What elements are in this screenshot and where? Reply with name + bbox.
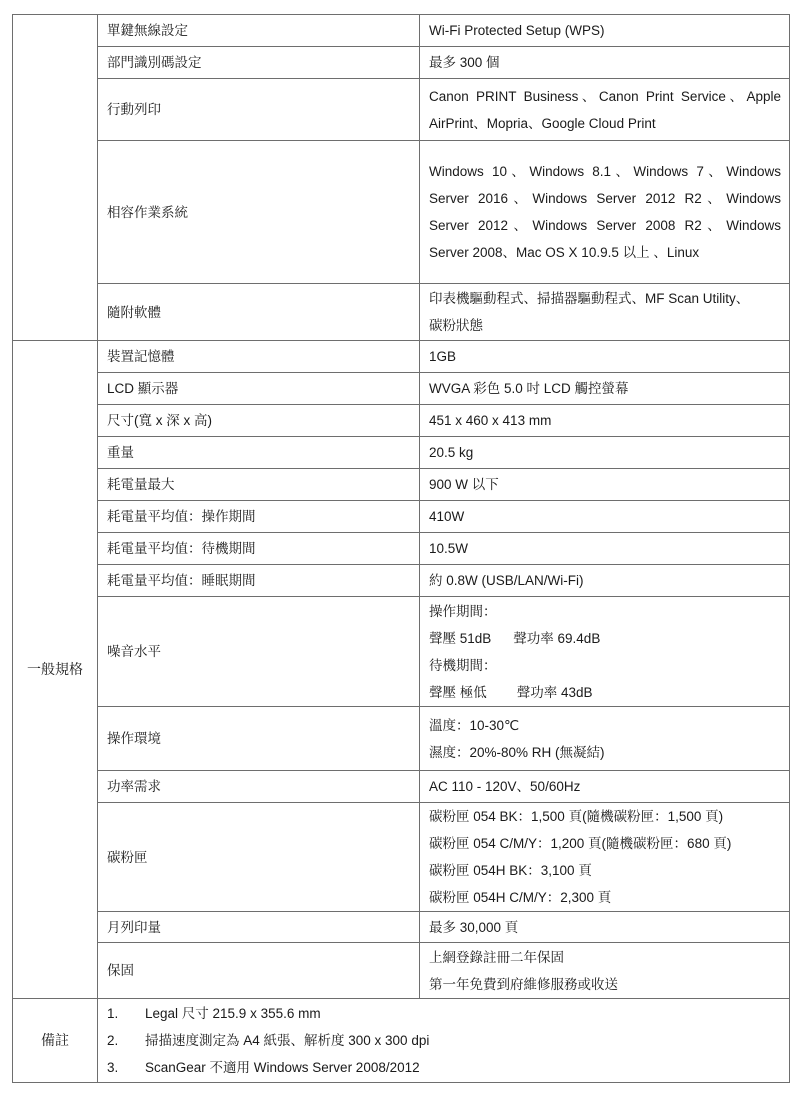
sound-power-standby: 聲功率 43dB [517,685,593,700]
spec-label: 功率需求 [98,771,420,803]
spec-value: Windows 10、Windows 8.1、Windows 7、Windows… [420,141,790,284]
spec-value: 操作期間： 聲壓 51dB聲功率 69.4dB 待機期間： 聲壓 極低聲功率 4… [420,597,790,707]
value-line: Server 2012、Windows Server 2008 R2、Windo… [429,212,781,239]
spec-value: Canon PRINT Business、Canon Print Service… [420,79,790,141]
note-number: 1. [107,1000,145,1027]
value-line: 10.5W [429,535,781,562]
spec-value: Wi-Fi Protected Setup (WPS) [420,15,790,47]
value-line: 碳粉匣 054H BK：3,100 頁 [429,857,781,884]
spec-value: 最多 30,000 頁 [420,912,790,943]
group-cell-empty [13,15,98,341]
value-line: 900 W 以下 [429,471,781,498]
spec-row-software: 隨附軟體 印表機驅動程式、掃描器驅動程式、MF Scan Utility、 碳粉… [13,284,790,341]
spec-row-warranty: 保固 上網登錄註冊二年保固 第一年免費到府維修服務或收送 [13,943,790,999]
value-line: 聲壓 51dB聲功率 69.4dB [429,625,781,652]
spec-label: 耗電量最大 [98,469,420,501]
spec-row-toner: 碳粉匣 碳粉匣 054 BK：1,500 頁(隨機碳粉匣：1,500 頁) 碳粉… [13,803,790,912]
spec-label: 部門識別碼設定 [98,47,420,79]
value-line: 上網登錄註冊二年保固 [429,944,781,971]
value-line: 約 0.8W (USB/LAN/Wi-Fi) [429,567,781,594]
spec-row-wps: 單鍵無線設定 Wi-Fi Protected Setup (WPS) [13,15,790,47]
spec-value: 上網登錄註冊二年保固 第一年免費到府維修服務或收送 [420,943,790,999]
spec-label: 耗電量平均值：操作期間 [98,501,420,533]
spec-row-dept-id: 部門識別碼設定 最多 300 個 [13,47,790,79]
spec-value: WVGA 彩色 5.0 吋 LCD 觸控螢幕 [420,373,790,405]
value-line: 最多 30,000 頁 [429,914,781,941]
spec-row-environment: 操作環境 溫度：10-30℃ 濕度：20%-80% RH (無凝結) [13,707,790,771]
spec-row-power-sleep: 耗電量平均值：睡眠期間 約 0.8W (USB/LAN/Wi-Fi) [13,565,790,597]
group-label-notes: 備註 [13,999,98,1083]
spec-row-power-operating: 耗電量平均值：操作期間 410W [13,501,790,533]
spec-label: 隨附軟體 [98,284,420,341]
value-line: 20.5 kg [429,439,781,466]
spec-table: 單鍵無線設定 Wi-Fi Protected Setup (WPS) 部門識別碼… [12,14,790,1083]
spec-row-os: 相容作業系統 Windows 10、Windows 8.1、Windows 7、… [13,141,790,284]
note-text: ScanGear 不適用 Windows Server 2008/2012 [145,1054,420,1081]
value-line: 最多 300 個 [429,49,781,76]
notes-list: 1.Legal 尺寸 215.9 x 355.6 mm 2.掃描速度測定為 A4… [107,1000,780,1081]
spec-row-power-standby: 耗電量平均值：待機期間 10.5W [13,533,790,565]
value-line: AC 110 - 120V、50/60Hz [429,773,781,800]
spec-label: 操作環境 [98,707,420,771]
spec-row-dimensions: 尺寸(寬 x 深 x 高) 451 x 460 x 413 mm [13,405,790,437]
spec-label: 重量 [98,437,420,469]
value-line: 濕度：20%-80% RH (無凝結) [429,739,781,766]
spec-row-memory: 一般規格 裝置記憶體 1GB [13,341,790,373]
value-line: 451 x 460 x 413 mm [429,407,781,434]
value-line: AirPrint、Mopria、Google Cloud Print [429,110,781,137]
sound-power-operating: 聲功率 69.4dB [513,631,600,646]
spec-row-weight: 重量 20.5 kg [13,437,790,469]
spec-row-power-req: 功率需求 AC 110 - 120V、50/60Hz [13,771,790,803]
spec-value: 900 W 以下 [420,469,790,501]
value-line: Server 2008、Mac OS X 10.9.5 以上 、Linux [429,239,781,266]
value-line: WVGA 彩色 5.0 吋 LCD 觸控螢幕 [429,375,781,402]
spec-label: 碳粉匣 [98,803,420,912]
value-line: 碳粉狀態 [429,312,781,339]
spec-row-notes: 備註 1.Legal 尺寸 215.9 x 355.6 mm 2.掃描速度測定為… [13,999,790,1083]
spec-label: 月列印量 [98,912,420,943]
value-line: 碳粉匣 054 C/M/Y：1,200 頁(隨機碳粉匣：680 頁) [429,830,781,857]
spec-label: 保固 [98,943,420,999]
notes-cell: 1.Legal 尺寸 215.9 x 355.6 mm 2.掃描速度測定為 A4… [98,999,790,1083]
value-line: Windows 10、Windows 8.1、Windows 7、Windows [429,158,781,185]
value-line: Server 2016、Windows Server 2012 R2、Windo… [429,185,781,212]
note-text: 掃描速度測定為 A4 紙張、解析度 300 x 300 dpi [145,1027,429,1054]
value-line: 1GB [429,343,781,370]
value-line: 溫度：10-30℃ [429,712,781,739]
value-line: 待機期間： [429,652,781,679]
spec-value: 451 x 460 x 413 mm [420,405,790,437]
spec-row-mobile-print: 行動列印 Canon PRINT Business、Canon Print Se… [13,79,790,141]
spec-label: 耗電量平均值：待機期間 [98,533,420,565]
spec-value: 印表機驅動程式、掃描器驅動程式、MF Scan Utility、 碳粉狀態 [420,284,790,341]
note-item: 1.Legal 尺寸 215.9 x 355.6 mm [107,1000,780,1027]
spec-value: 410W [420,501,790,533]
spec-label: LCD 顯示器 [98,373,420,405]
spec-value: 最多 300 個 [420,47,790,79]
spec-value: 溫度：10-30℃ 濕度：20%-80% RH (無凝結) [420,707,790,771]
spec-row-noise: 噪音水平 操作期間： 聲壓 51dB聲功率 69.4dB 待機期間： 聲壓 極低… [13,597,790,707]
spec-row-monthly-volume: 月列印量 最多 30,000 頁 [13,912,790,943]
value-line: 操作期間： [429,598,781,625]
note-number: 3. [107,1054,145,1081]
spec-label: 相容作業系統 [98,141,420,284]
spec-value: 1GB [420,341,790,373]
spec-value: 碳粉匣 054 BK：1,500 頁(隨機碳粉匣：1,500 頁) 碳粉匣 05… [420,803,790,912]
spec-label: 尺寸(寬 x 深 x 高) [98,405,420,437]
value-line: 碳粉匣 054 BK：1,500 頁(隨機碳粉匣：1,500 頁) [429,803,781,830]
value-line: 第一年免費到府維修服務或收送 [429,971,781,998]
value-line: 聲壓 極低聲功率 43dB [429,679,781,706]
value-line: 碳粉匣 054H C/M/Y：2,300 頁 [429,884,781,911]
group-label-general: 一般規格 [13,341,98,999]
spec-label: 裝置記憶體 [98,341,420,373]
spec-value: 10.5W [420,533,790,565]
value-line: Wi-Fi Protected Setup (WPS) [429,17,781,44]
sound-pressure-standby: 聲壓 極低 [429,685,487,700]
sound-pressure-operating: 聲壓 51dB [429,631,491,646]
spec-row-power-max: 耗電量最大 900 W 以下 [13,469,790,501]
value-line: Canon PRINT Business、Canon Print Service… [429,83,781,110]
spec-row-lcd: LCD 顯示器 WVGA 彩色 5.0 吋 LCD 觸控螢幕 [13,373,790,405]
value-line: 印表機驅動程式、掃描器驅動程式、MF Scan Utility、 [429,285,781,312]
spec-label: 行動列印 [98,79,420,141]
spec-value: 約 0.8W (USB/LAN/Wi-Fi) [420,565,790,597]
value-line: 410W [429,503,781,530]
spec-value: 20.5 kg [420,437,790,469]
note-item: 2.掃描速度測定為 A4 紙張、解析度 300 x 300 dpi [107,1027,780,1054]
spec-label: 耗電量平均值：睡眠期間 [98,565,420,597]
spec-label: 噪音水平 [98,597,420,707]
spec-label: 單鍵無線設定 [98,15,420,47]
note-item: 3.ScanGear 不適用 Windows Server 2008/2012 [107,1054,780,1081]
note-text: Legal 尺寸 215.9 x 355.6 mm [145,1000,321,1027]
note-number: 2. [107,1027,145,1054]
spec-value: AC 110 - 120V、50/60Hz [420,771,790,803]
